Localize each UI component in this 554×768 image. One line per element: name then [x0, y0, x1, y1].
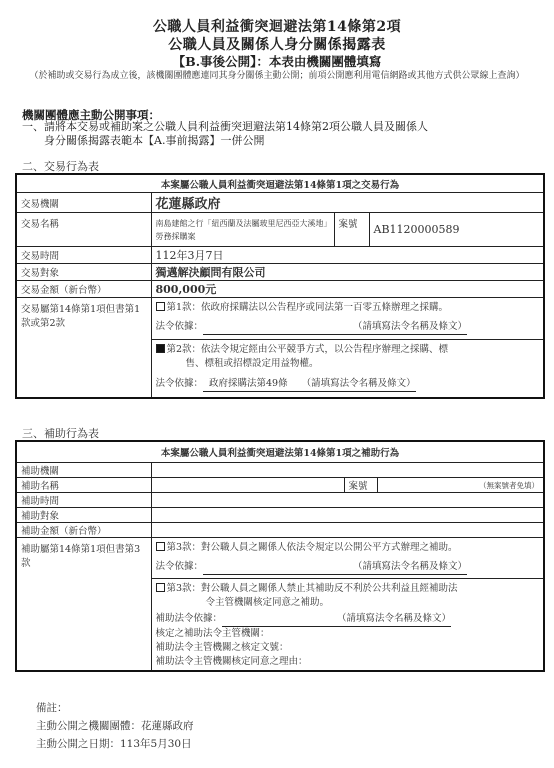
- notice-body: 一、請將本交易或補助案之公職人員利益衝突迴避法第14條第2項公職人員及關係人 身…: [22, 120, 542, 148]
- label-subsidy-amount: 補助金額（新台幣）: [16, 523, 151, 538]
- label-transaction-party: 交易對象: [16, 264, 151, 281]
- clause2-block: 第2款：依法令規定經由公平競爭方式，以公告程序辦理之採購、標 售、標租或招標設定…: [152, 339, 544, 397]
- subsidy-clause3b-basis-field[interactable]: （請填寫法令名稱及條文）: [222, 612, 451, 627]
- clause2-option: 第2款：依法令規定經由公平競爭方式，以公告程序辦理之採購、標: [156, 343, 540, 357]
- form-title-line1: 公職人員利益衝突迴避法第14條第2項: [0, 16, 554, 36]
- transaction-table: 本案屬公職人員利益衝突迴避法第14條第1項之交易行為 交易機關 花蓮縣政府 交易…: [15, 173, 545, 399]
- label-subsidy-agency: 補助機關: [16, 463, 151, 478]
- clause2-basis-field[interactable]: 政府採購法第49條（請填寫法令名稱及條文）: [203, 377, 416, 392]
- value-transaction-time: 112年3月7日: [151, 247, 544, 264]
- subsidy-clause3b-basis-line: 補助法令依據：（請填寫法令名稱及條文）: [156, 612, 540, 627]
- subsidy-case-number-hint[interactable]: （無案號者免填）: [377, 478, 544, 493]
- label-transaction-amount: 交易金額（新台幣）: [16, 281, 151, 298]
- subsidy-clause3a-checkbox[interactable]: [156, 542, 165, 551]
- label-transaction-clause: 交易屬第14條第1項但書第1款或第2款: [16, 298, 151, 399]
- subsidy-doc-number-label: 補助法令主管機關之核定文號：: [156, 641, 540, 655]
- label-subsidy-case-number: 案號: [344, 478, 377, 493]
- subsidy-table-header: 本案屬公職人員利益衝突迴避法第14條第1項之補助行為: [16, 441, 544, 463]
- publisher-line: 主動公開之機關團體：花蓮縣政府: [36, 718, 194, 733]
- clause1-checkbox[interactable]: [156, 302, 165, 311]
- subsidy-clause3a-basis-line: 法令依據：（請填寫法令名稱及條文）: [156, 560, 540, 575]
- form-title-line2: 公職人員及關係人身分關係揭露表: [0, 34, 554, 54]
- clause2-basis-line: 法令依據：政府採購法第49條（請填寫法令名稱及條文）: [156, 377, 540, 392]
- clause1-basis-line: 法令依據：（請填寫法令名稱及條文）: [156, 320, 540, 335]
- notice-item1-line1: 一、請將本交易或補助案之公職人員利益衝突迴避法第14條第2項公職人員及關係人: [22, 120, 428, 133]
- label-transaction-name: 交易名稱: [16, 213, 151, 247]
- label-subsidy-clause: 補助屬第14條第1項但書第3款: [16, 538, 151, 672]
- subsidy-clause-options: 第3款：對公職人員之關係人依法令規定以公開公平方式辦理之補助。 法令依據：（請填…: [151, 538, 544, 672]
- subsidy-reason-label: 補助法令主管機關核定同意之理由：: [156, 655, 540, 669]
- label-transaction-time: 交易時間: [16, 247, 151, 264]
- subsidy-clause3b-block: 第3款：對公職人員之關係人禁止其補助反不利於公共利益且經補助法 令主管機關核定同…: [152, 578, 544, 670]
- value-subsidy-name[interactable]: [151, 478, 344, 493]
- clause2-option-line2: 售、標租或招標設定用益物權。: [156, 357, 540, 371]
- subsidy-clause3b-line2: 令主管機關核定同意之補助。: [156, 596, 540, 610]
- value-subsidy-time[interactable]: [151, 493, 544, 508]
- clause1-basis-field[interactable]: （請填寫法令名稱及條文）: [203, 320, 467, 335]
- value-case-number: AB1120000589: [369, 213, 544, 247]
- subsidy-table: 本案屬公職人員利益衝突迴避法第14條第1項之補助行為 補助機關 補助名稱 案號 …: [15, 440, 545, 672]
- transaction-table-header: 本案屬公職人員利益衝突迴避法第14條第1項之交易行為: [16, 174, 544, 193]
- section-title-transaction: 二、交易行為表: [22, 158, 99, 174]
- value-subsidy-agency[interactable]: [151, 463, 544, 478]
- form-title-line3: 【B.事後公開】：本表由機關團體填寫: [0, 52, 554, 70]
- publish-date-line: 主動公開之日期：113年5月30日: [36, 736, 192, 751]
- value-subsidy-party[interactable]: [151, 508, 544, 523]
- section-title-subsidy: 三、補助行為表: [22, 425, 99, 441]
- form-subtitle: （於補助或交易行為成立後，該機關團體應連同其身分關係主動公開；前項公開應利用電信…: [0, 70, 554, 83]
- label-subsidy-name: 補助名稱: [16, 478, 151, 493]
- subsidy-clause3a-option: 第3款：對公職人員之關係人依法令規定以公開公平方式辦理之補助。: [156, 541, 540, 555]
- value-subsidy-amount[interactable]: [151, 523, 544, 538]
- label-subsidy-time: 補助時間: [16, 493, 151, 508]
- clause2-checkbox-checked[interactable]: [156, 344, 165, 353]
- subsidy-clause3b-checkbox[interactable]: [156, 583, 165, 592]
- remarks-label: 備註：: [36, 700, 68, 715]
- label-subsidy-party: 補助對象: [16, 508, 151, 523]
- clause2-basis-value: 政府採購法第49條: [203, 378, 294, 389]
- value-transaction-name: 南島建館之行「紐西蘭及法屬玻里尼西亞大溪地」勞務採購案: [151, 213, 334, 247]
- subsidy-clause3a-basis-field[interactable]: （請填寫法令名稱及條文）: [203, 560, 467, 575]
- notice-item1-line2: 身分關係揭露表範本【A.事前揭露】一併公開: [22, 134, 542, 148]
- subsidy-clause3b-option: 第3款：對公職人員之關係人禁止其補助反不利於公共利益且經補助法: [156, 582, 540, 596]
- subsidy-authority-label: 核定之補助法令主管機關：: [156, 627, 540, 641]
- value-transaction-agency: 花蓮縣政府: [151, 193, 544, 213]
- value-transaction-party: 獨邁解決顧問有限公司: [151, 264, 544, 281]
- transaction-clause-options: 第1款：依政府採購法以公告程序或同法第一百零五條辦理之採購。 法令依據：（請填寫…: [151, 298, 544, 399]
- label-transaction-agency: 交易機關: [16, 193, 151, 213]
- label-case-number: 案號: [334, 213, 369, 247]
- value-transaction-amount: 800,000元: [151, 281, 544, 298]
- clause1-option: 第1款：依政府採購法以公告程序或同法第一百零五條辦理之採購。: [156, 301, 540, 315]
